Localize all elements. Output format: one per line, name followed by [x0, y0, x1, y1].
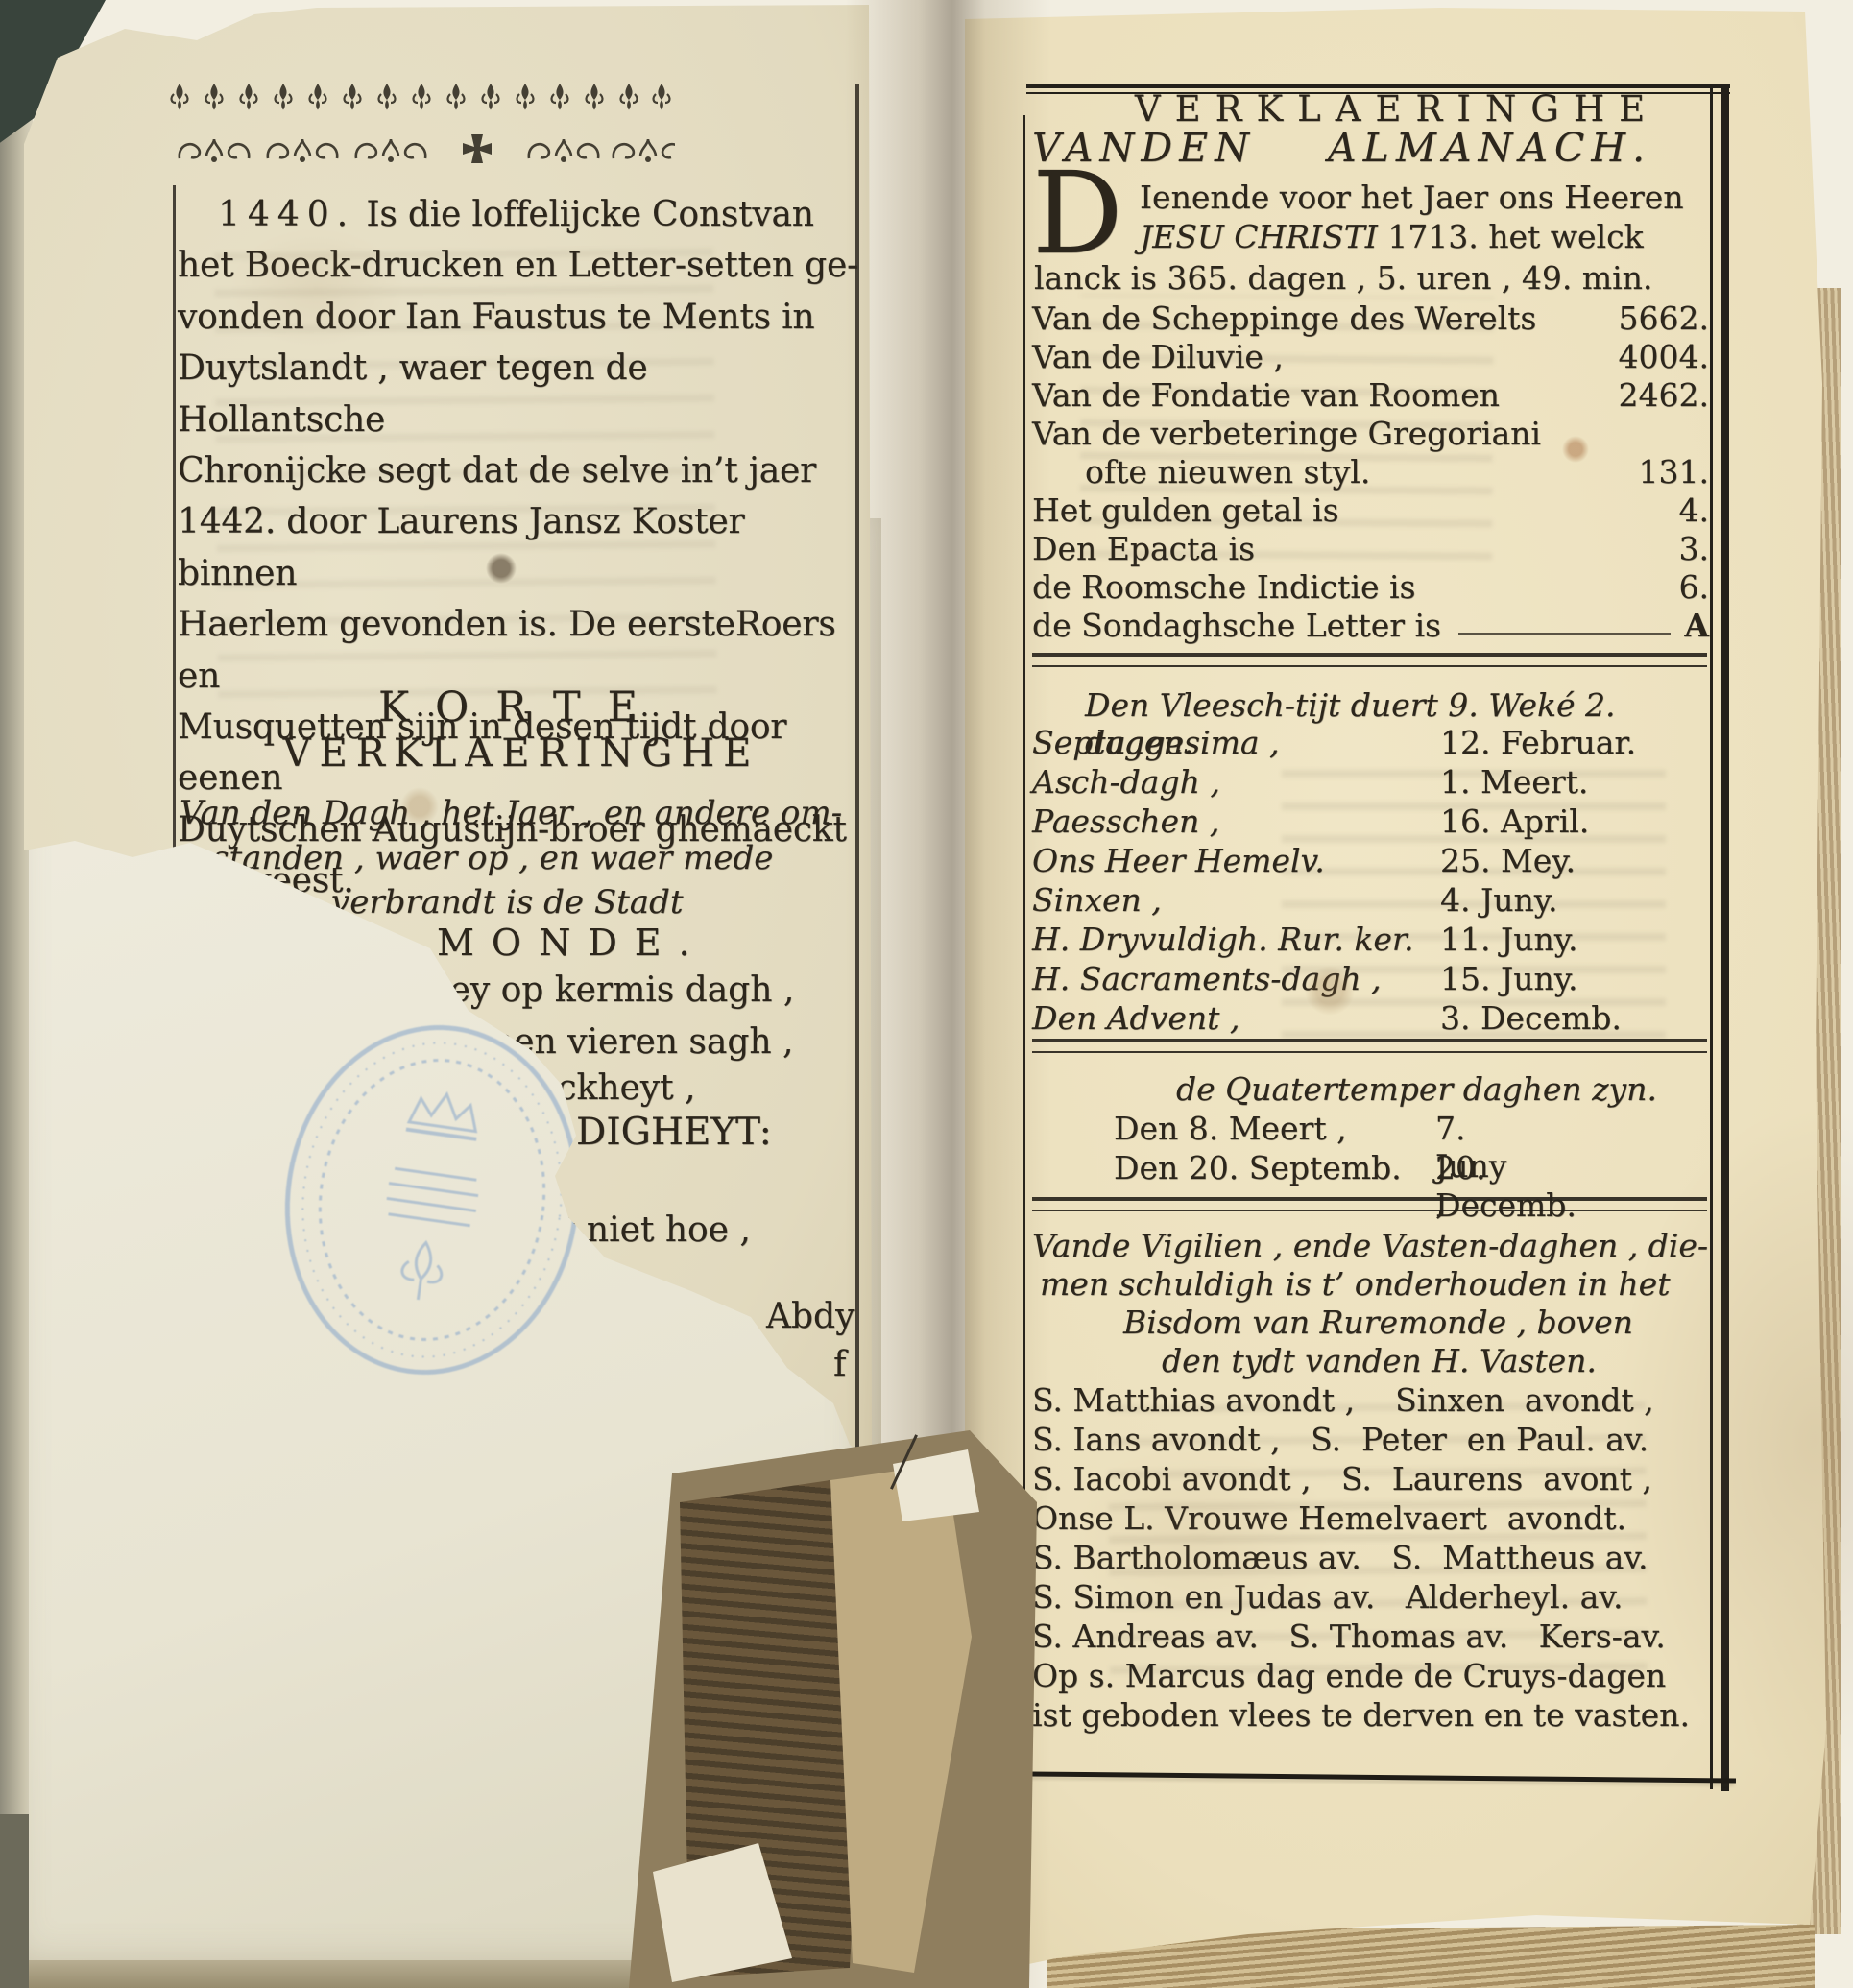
paragraph-line: het Boeck-drucken en Letter-setten ge- [178, 240, 865, 291]
leader-line [1458, 607, 1671, 635]
vigilien-intro-line: den tydt vanden H. Vasten. [1162, 1342, 1597, 1379]
section-rule [1032, 653, 1707, 667]
book-scan: 1440. Is die loffelijcke Constvan het Bo… [0, 0, 1853, 1988]
feast-row: Asch-dagh ,1. Meert. [1032, 763, 1709, 801]
right-frame-rule-outer [1721, 84, 1729, 1791]
torn-fragment-f: f [833, 1345, 846, 1384]
intro-line: Ienende voor het Jaer ons Heeren [1140, 179, 1684, 216]
feast-row: Septuagesima ,12. Februar. [1032, 724, 1709, 761]
vigilien-intro-line: Vande Vigilien , ende Vasten-daghen , di… [1032, 1227, 1708, 1264]
torn-fragment-vieren: nen vieren sagh , [492, 1022, 793, 1062]
feast-row: Ons Heer Hemelv.25. Mey. [1032, 842, 1709, 879]
vigil-entry: S. Matthias avondt , Sinxen avondt , [1032, 1381, 1654, 1419]
vigilien-intro-line: men schuldigh is t’ onderhouden in het [1040, 1265, 1670, 1303]
page-title: VERKLAERINGHE [1090, 88, 1704, 130]
intro-line: lanck is 365. dagen , 5. uren , 49. min. [1034, 259, 1652, 297]
vigil-entry: Op s. Marcus dag ende de Cruys-dagen [1032, 1657, 1666, 1694]
vigil-entry: S. Andreas av. S. Thomas av. Kers-av. [1032, 1617, 1666, 1655]
feast-row: H. Dryvuldigh. Rur. ker.11. Juny. [1032, 921, 1709, 958]
vigil-entry: S. Simon en Judas av. Alderheyl. av. [1032, 1578, 1623, 1616]
era-row: Den Epacta is3. [1032, 530, 1709, 567]
era-row: Van de verbeteringe Gregoriani [1032, 415, 1709, 452]
torn-spine [614, 1421, 1047, 1988]
vigil-entry: S. Bartholomæus av. S. Mattheus av. [1032, 1539, 1648, 1576]
era-row: ofte nieuwen styl.131. [1032, 453, 1709, 491]
page-subtitle: VANDEN ALMANACH. [1032, 125, 1709, 171]
torn-fragment-monde: MONDE. [437, 922, 708, 964]
feast-row: Paesschen ,16. April. [1032, 802, 1709, 840]
vigilien-intro-line: Bisdom van Ruremonde , boven [1123, 1304, 1633, 1341]
cover-bottom-edge [0, 1814, 29, 1988]
era-row: Het gulden getal is4. [1032, 491, 1709, 529]
verklaeringhe-heading: VERKLAERINGHE [178, 731, 865, 776]
vigil-entry: ist geboden vlees te derven en te vasten… [1032, 1696, 1690, 1734]
vigil-entry: S. Iacobi avondt , S. Laurens avont , [1032, 1460, 1652, 1497]
paragraph-line: vonden door Ian Faustus te Ments in [178, 292, 865, 343]
section-rule [1032, 1039, 1707, 1053]
subtitle-line: verbrandt is de Stadt [331, 883, 683, 922]
era-row: Van de Scheppinge des Werelts5662. [1032, 299, 1709, 337]
feast-row: H. Sacraments-dagh ,15. Juny. [1032, 960, 1709, 997]
vigil-entry: S. Ians avondt , S. Peter en Paul. av. [1032, 1421, 1648, 1458]
drop-cap: D [1032, 167, 1123, 259]
right-page: VERKLAERINGHE VANDEN ALMANACH. D Ienende… [965, 8, 1829, 1977]
section-rule [1032, 1197, 1707, 1211]
feast-row: Sinxen ,4. Juny. [1032, 881, 1709, 919]
right-frame-rule-inner [1710, 84, 1713, 1789]
left-frame-rule [173, 185, 176, 848]
paragraph-line: 1442. door Laurens Jansz Koster binnen [178, 496, 865, 599]
era-row: Van de Diluvie ,4004. [1032, 338, 1709, 375]
year-1440: 1440. [218, 195, 355, 234]
jesu-christi: JESU CHRISTI [1140, 218, 1378, 255]
era-row: Van de Fondatie van Roomen2462. [1032, 376, 1709, 414]
korte-heading: KORTE [178, 683, 865, 731]
paragraph-line: 1440. Is die loffelijcke Constvan [178, 189, 865, 240]
quatertemper-header: de Quatertemper daghen zyn. [1176, 1070, 1657, 1108]
vigil-entry: Onse L. Vrouwe Hemelvaert avondt. [1032, 1499, 1626, 1537]
paragraph-line: Chronijcke segt dat de selve in’t jaer [178, 445, 865, 496]
quatertemper-row: Den 20. Septemb.20. Decemb. [1114, 1149, 1402, 1186]
intro-line: JESU CHRISTI 1713. het welck [1140, 218, 1644, 255]
subtitle-line: Van den Dagh , het Jaer , en andere om- [180, 794, 842, 832]
subtitle-line: standen , waer op , en waer mede [212, 839, 773, 877]
era-row: de Roomsche Indictie is6. [1032, 568, 1709, 606]
ornament-band [168, 72, 675, 181]
era-row: de Sondaghsche Letter isA [1032, 607, 1709, 644]
paragraph-line: Duytslandt , waer tegen de Hollantsche [178, 343, 865, 445]
torn-fragment-digheyt: DIGHEYT: [576, 1111, 772, 1154]
torn-fragment-kermis: ley op kermis dagh , [439, 970, 794, 1010]
feast-row: Den Advent ,3. Decemb. [1032, 999, 1709, 1037]
quatertemper-row: Den 8. Meert ,7. Juny , [1114, 1110, 1347, 1147]
